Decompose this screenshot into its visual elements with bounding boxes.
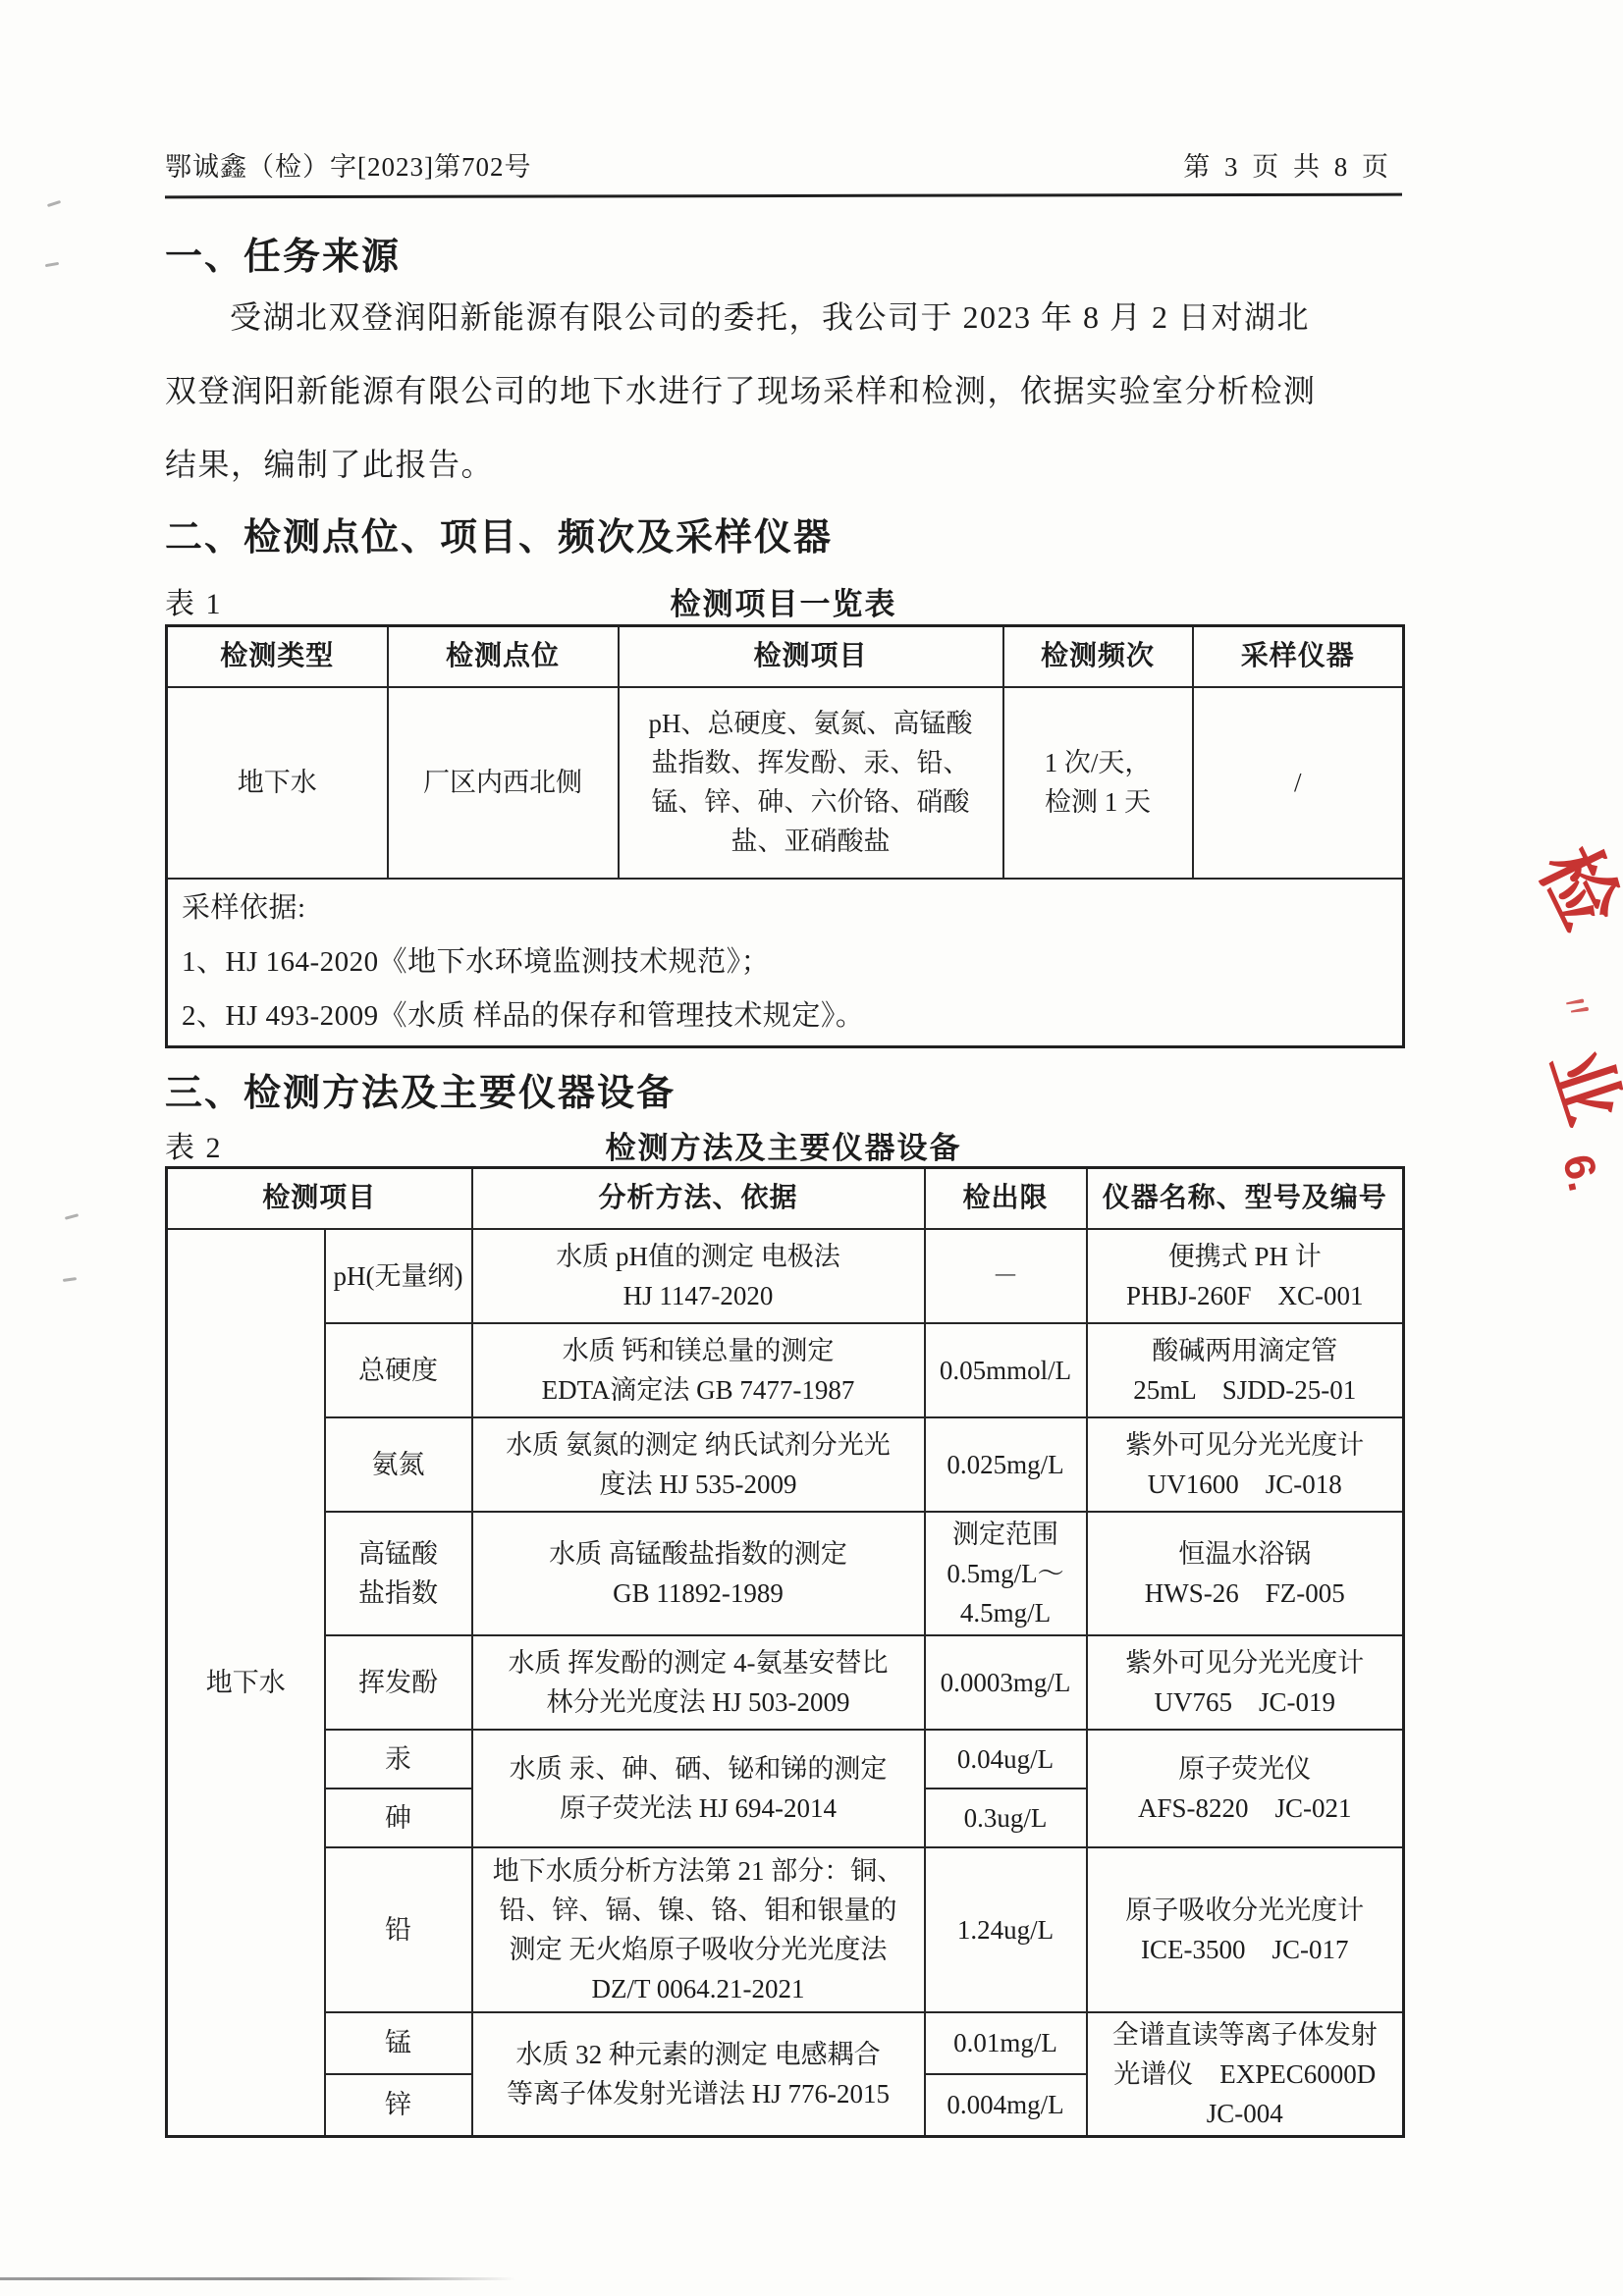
- cell-sampling-instrument: /: [1193, 687, 1404, 879]
- cell-method: 水质 高锰酸盐指数的测定 GB 11892-1989: [472, 1512, 925, 1635]
- cell-instrument: 全谱直读等离子体发射 光谱仪 EXPEC6000D JC-004: [1087, 2012, 1404, 2137]
- scan-mark: [65, 1213, 79, 1220]
- cell-limit: 1.24ug/L: [925, 1847, 1087, 2012]
- cell-instrument: 原子吸收分光光度计 ICE-3500 JC-017: [1087, 1847, 1404, 2012]
- cell-limit: 测定范围 0.5mg/L～ 4.5mg/L: [925, 1512, 1087, 1635]
- basis-line: 2、HJ 493-2009《水质 样品的保存和管理技术规定》。: [182, 989, 1396, 1043]
- section1-heading: 一、任务来源: [165, 226, 1402, 280]
- cell-item: 铅: [325, 1847, 472, 2012]
- cell-method: 水质 pH值的测定 电极法 HJ 1147-2020: [472, 1229, 925, 1323]
- basis-line: 1、HJ 164-2020《地下水环境监测技术规范》；: [182, 935, 1396, 989]
- table2-title: 检测方法及主要仪器设备: [165, 1123, 1402, 1167]
- cell-items: pH、总硬度、氨氮、高锰酸 盐指数、挥发酚、汞、铅、 锰、锌、砷、六价铬、硝酸 …: [619, 687, 1003, 879]
- table2-row-ph: 地下水 pH(无量纲) 水质 pH值的测定 电极法 HJ 1147-2020 －…: [167, 1229, 1404, 1323]
- page-header: 鄂诚鑫（检）字[2023]第702号 第 3 页 共 8 页: [165, 145, 1402, 184]
- table1-header-items: 检测项目: [619, 626, 1003, 687]
- table2-methods-instruments: 检测项目 分析方法、依据 检出限 仪器名称、型号及编号 地下水 pH(无量纲) …: [165, 1166, 1405, 2138]
- table2-row-manganese: 锰 水质 32 种元素的测定 电感耦合 等离子体发射光谱法 HJ 776-201…: [167, 2012, 1404, 2074]
- cell-limit: 0.004mg/L: [925, 2074, 1087, 2136]
- table2-caption: 表 2 检测方法及主要仪器设备: [165, 1123, 1402, 1166]
- cell-item: pH(无量纲): [325, 1229, 472, 1323]
- stamp-glyph: 业: [1530, 1034, 1623, 1135]
- red-stamp-fragment: 检 〃 业 6.: [1529, 825, 1623, 1178]
- cell-limit: 0.0003mg/L: [925, 1635, 1087, 1730]
- stamp-glyph: 检: [1519, 827, 1623, 943]
- stamp-glyph: 〃: [1549, 980, 1607, 1033]
- table2-row-ammonia: 氨氮 水质 氨氮的测定 纳氏试剂分光光 度法 HJ 535-2009 0.025…: [167, 1417, 1404, 1512]
- document-page: 鄂诚鑫（检）字[2023]第702号 第 3 页 共 8 页 一、任务来源 受湖…: [0, 0, 1623, 2296]
- cell-type: 地下水: [167, 687, 388, 879]
- paragraph-line: 受湖北双登润阳新能源有限公司的委托，我公司于 2023 年 8 月 2 日对湖北: [165, 297, 1467, 337]
- cell-location: 厂区内西北侧: [388, 687, 619, 879]
- table2-row-lead: 铅 地下水质分析方法第 21 部分：铜、 铅、锌、镉、镍、铬、钼和银量的 测定 …: [167, 1847, 1404, 2012]
- table2-header-instrument: 仪器名称、型号及编号: [1087, 1168, 1404, 1229]
- cell-limit: －: [925, 1229, 1087, 1323]
- cell-limit: 0.05mmol/L: [925, 1323, 1087, 1417]
- table1-detection-items: 检测类型 检测点位 检测项目 检测频次 采样仪器 地下水 厂区内西北侧 pH、总…: [165, 624, 1405, 1048]
- table1-header-type: 检测类型: [167, 626, 388, 687]
- table2-row-mercury: 汞 水质 汞、砷、硒、铋和锑的测定 原子荧光法 HJ 694-2014 0.04…: [167, 1730, 1404, 1789]
- header-rule: [165, 193, 1402, 199]
- table2-row-hardness: 总硬度 水质 钙和镁总量的测定 EDTA滴定法 GB 7477-1987 0.0…: [167, 1323, 1404, 1417]
- stamp-glyph: 6.: [1552, 1150, 1608, 1196]
- table1-data-row: 地下水 厂区内西北侧 pH、总硬度、氨氮、高锰酸 盐指数、挥发酚、汞、铅、 锰、…: [167, 687, 1404, 879]
- cell-method: 水质 挥发酚的测定 4-氨基安替比 林分光光度法 HJ 503-2009: [472, 1635, 925, 1730]
- doc-number: 鄂诚鑫（检）字[2023]第702号: [165, 145, 531, 184]
- table1-caption: 表 1 检测项目一览表: [165, 579, 1402, 622]
- paragraph-line: 双登润阳新能源有限公司的地下水进行了现场采样和检测，依据实验室分析检测: [165, 371, 1402, 410]
- cell-item: 锌: [325, 2074, 472, 2136]
- cell-item: 氨氮: [325, 1417, 472, 1512]
- table2-row-permanganate: 高锰酸 盐指数 水质 高锰酸盐指数的测定 GB 11892-1989 测定范围 …: [167, 1512, 1404, 1635]
- table2-header-method: 分析方法、依据: [472, 1168, 925, 1229]
- scan-mark: [47, 200, 61, 207]
- table1-title: 检测项目一览表: [165, 579, 1402, 623]
- cell-instrument: 便携式 PH 计 PHBJ-260F XC-001: [1087, 1229, 1404, 1323]
- cell-instrument: 紫外可见分光光度计 UV1600 JC-018: [1087, 1417, 1404, 1512]
- cell-item: 总硬度: [325, 1323, 472, 1417]
- cell-instrument: 恒温水浴锅 HWS-26 FZ-005: [1087, 1512, 1404, 1635]
- cell-limit: 0.025mg/L: [925, 1417, 1087, 1512]
- cell-item: 高锰酸 盐指数: [325, 1512, 472, 1635]
- cell-method: 水质 32 种元素的测定 电感耦合 等离子体发射光谱法 HJ 776-2015: [472, 2012, 925, 2137]
- cell-limit: 0.04ug/L: [925, 1730, 1087, 1789]
- sampling-basis: 采样依据: 1、HJ 164-2020《地下水环境监测技术规范》； 2、HJ 4…: [167, 879, 1404, 1047]
- table1-header-location: 检测点位: [388, 626, 619, 687]
- cell-instrument: 紫外可见分光光度计 UV765 JC-019: [1087, 1635, 1404, 1730]
- scan-edge-line: [0, 2277, 515, 2280]
- table1-header-instrument: 采样仪器: [1193, 626, 1404, 687]
- basis-line: 采样依据:: [182, 881, 1396, 935]
- cell-method: 地下水质分析方法第 21 部分：铜、 铅、锌、镉、镍、铬、钼和银量的 测定 无火…: [472, 1847, 925, 2012]
- cell-instrument: 酸碱两用滴定管 25mL SJDD-25-01: [1087, 1323, 1404, 1417]
- scan-mark: [63, 1277, 77, 1282]
- cell-item: 汞: [325, 1730, 472, 1789]
- scan-mark: [45, 262, 59, 267]
- table1-basis-row: 采样依据: 1、HJ 164-2020《地下水环境监测技术规范》； 2、HJ 4…: [167, 879, 1404, 1047]
- table2-header-item: 检测项目: [167, 1168, 472, 1229]
- cell-item: 锰: [325, 2012, 472, 2074]
- cell-method: 水质 汞、砷、硒、铋和锑的测定 原子荧光法 HJ 694-2014: [472, 1730, 925, 1847]
- section2-heading: 二、检测点位、项目、频次及采样仪器: [165, 507, 1402, 561]
- cell-item: 挥发酚: [325, 1635, 472, 1730]
- paragraph-line: 结果，编制了此报告。: [165, 445, 1402, 484]
- table2-header-limit: 检出限: [925, 1168, 1087, 1229]
- cell-instrument: 原子荧光仪 AFS-8220 JC-021: [1087, 1730, 1404, 1847]
- cell-group-groundwater: 地下水: [167, 1229, 325, 2137]
- table2-header-row: 检测项目 分析方法、依据 检出限 仪器名称、型号及编号: [167, 1168, 1404, 1229]
- table2-row-phenol: 挥发酚 水质 挥发酚的测定 4-氨基安替比 林分光光度法 HJ 503-2009…: [167, 1635, 1404, 1730]
- cell-frequency: 1 次/天， 检测 1 天: [1003, 687, 1193, 879]
- page-indicator: 第 3 页 共 8 页: [1183, 145, 1402, 184]
- cell-limit: 0.01mg/L: [925, 2012, 1087, 2074]
- cell-item: 砷: [325, 1789, 472, 1847]
- cell-limit: 0.3ug/L: [925, 1789, 1087, 1847]
- cell-method: 水质 钙和镁总量的测定 EDTA滴定法 GB 7477-1987: [472, 1323, 925, 1417]
- table1-header-row: 检测类型 检测点位 检测项目 检测频次 采样仪器: [167, 626, 1404, 687]
- table1-header-frequency: 检测频次: [1003, 626, 1193, 687]
- cell-method: 水质 氨氮的测定 纳氏试剂分光光 度法 HJ 535-2009: [472, 1417, 925, 1512]
- section3-heading: 三、检测方法及主要仪器设备: [165, 1062, 1402, 1116]
